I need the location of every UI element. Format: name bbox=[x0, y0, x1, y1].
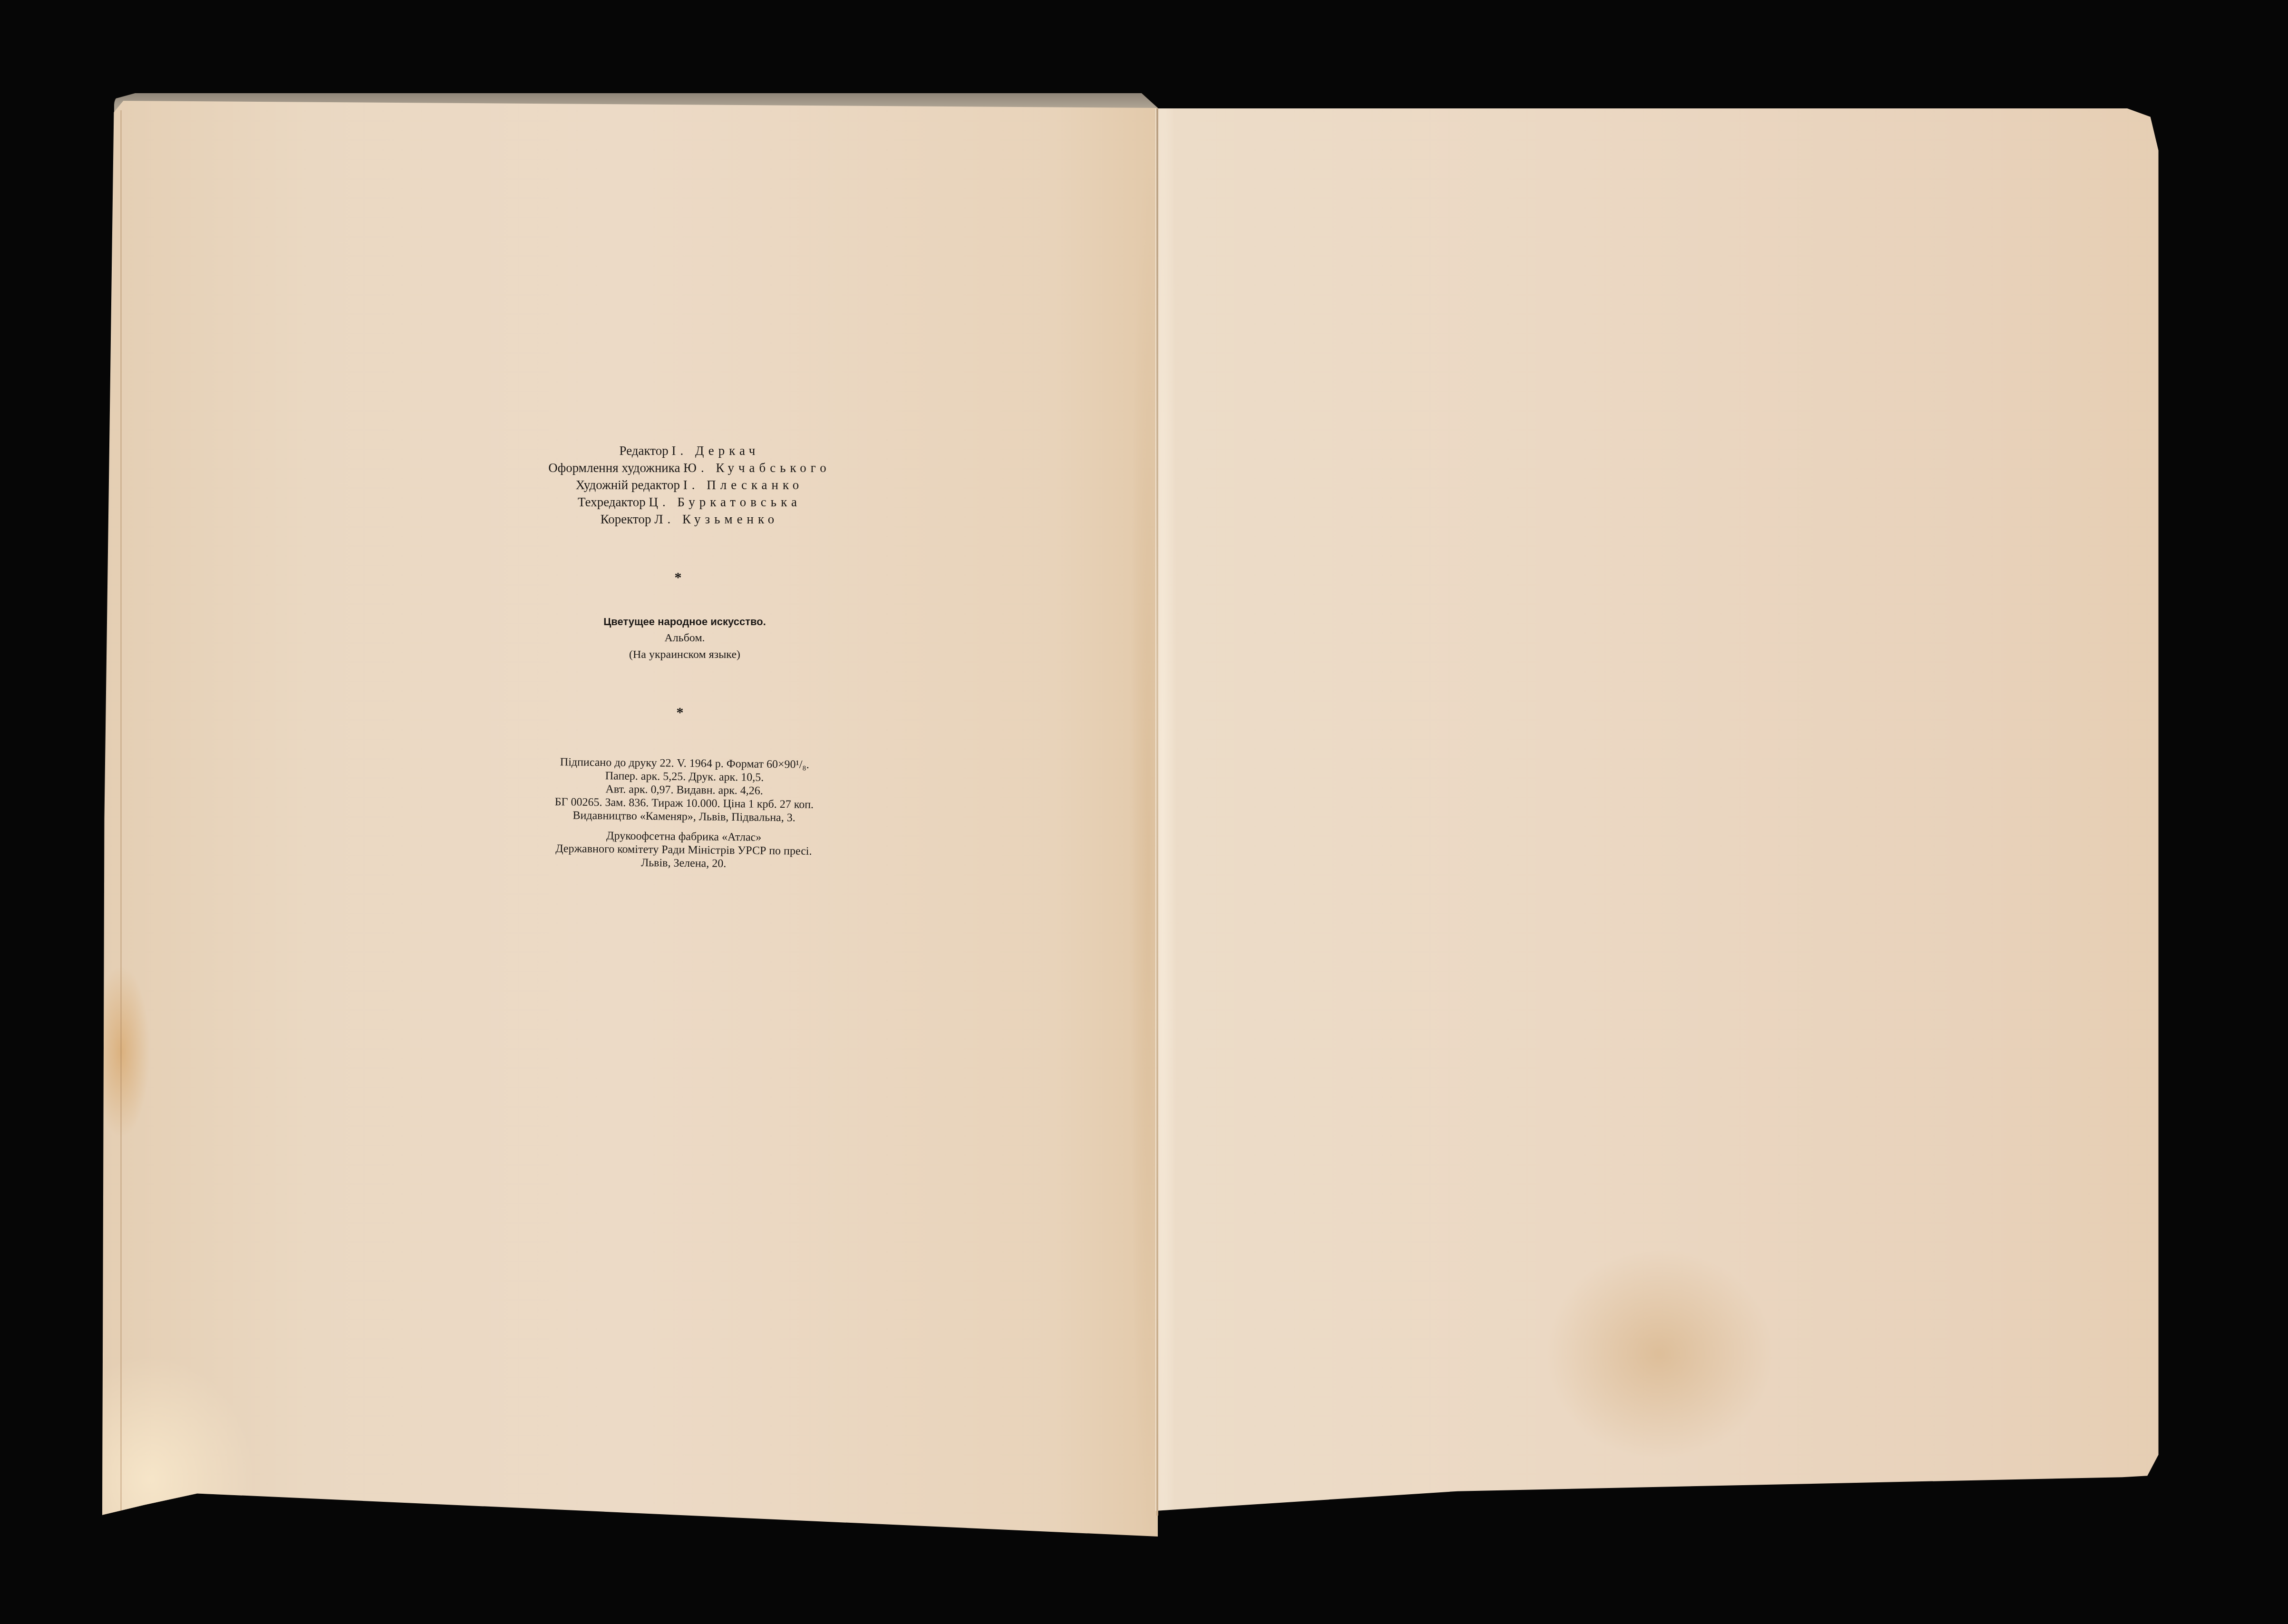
credit-art-editor: Художній редактор І. Плесканко bbox=[499, 476, 880, 493]
imprint-block: Підписано до друку 22. V. 1964 р. Формат… bbox=[503, 755, 865, 872]
credit-role: Техредактор bbox=[578, 495, 646, 509]
title-block: Цветущее народное искусство. Альбом. (На… bbox=[547, 613, 823, 663]
book-subtitle: Альбом. bbox=[547, 630, 823, 647]
credit-name: Ц. Буркатовська bbox=[649, 495, 801, 509]
credit-name: І. Деркач bbox=[672, 444, 760, 458]
credit-tech-editor: Техредактор Ц. Буркатовська bbox=[499, 493, 880, 511]
credit-role: Коректор bbox=[601, 512, 651, 526]
credit-role: Оформлення художника bbox=[548, 461, 680, 475]
language-note: (На украинском языке) bbox=[547, 647, 823, 663]
book-spine bbox=[1156, 108, 1158, 1516]
right-page bbox=[1155, 108, 2162, 1511]
asterisk-separator: * bbox=[670, 705, 689, 721]
credit-role: Художній редактор bbox=[576, 478, 680, 492]
credit-designer: Оформлення художника Ю. Кучабського bbox=[499, 459, 880, 476]
asterisk-separator: * bbox=[669, 570, 688, 586]
book-title: Цветущее народное искусство. bbox=[547, 613, 823, 630]
credit-name: І. Плесканко bbox=[683, 478, 804, 492]
credit-name: Ю. Кучабського bbox=[683, 461, 830, 475]
credit-role: Редактор bbox=[620, 444, 669, 458]
credit-proofreader: Коректор Л. Кузьменко bbox=[499, 511, 880, 528]
scanned-book-spread: Редактор І. Деркач Оформлення художника … bbox=[0, 0, 2288, 1624]
credit-editor: Редактор І. Деркач bbox=[499, 442, 880, 459]
credits-block: Редактор І. Деркач Оформлення художника … bbox=[499, 442, 880, 528]
credit-name: Л. Кузьменко bbox=[654, 512, 778, 526]
